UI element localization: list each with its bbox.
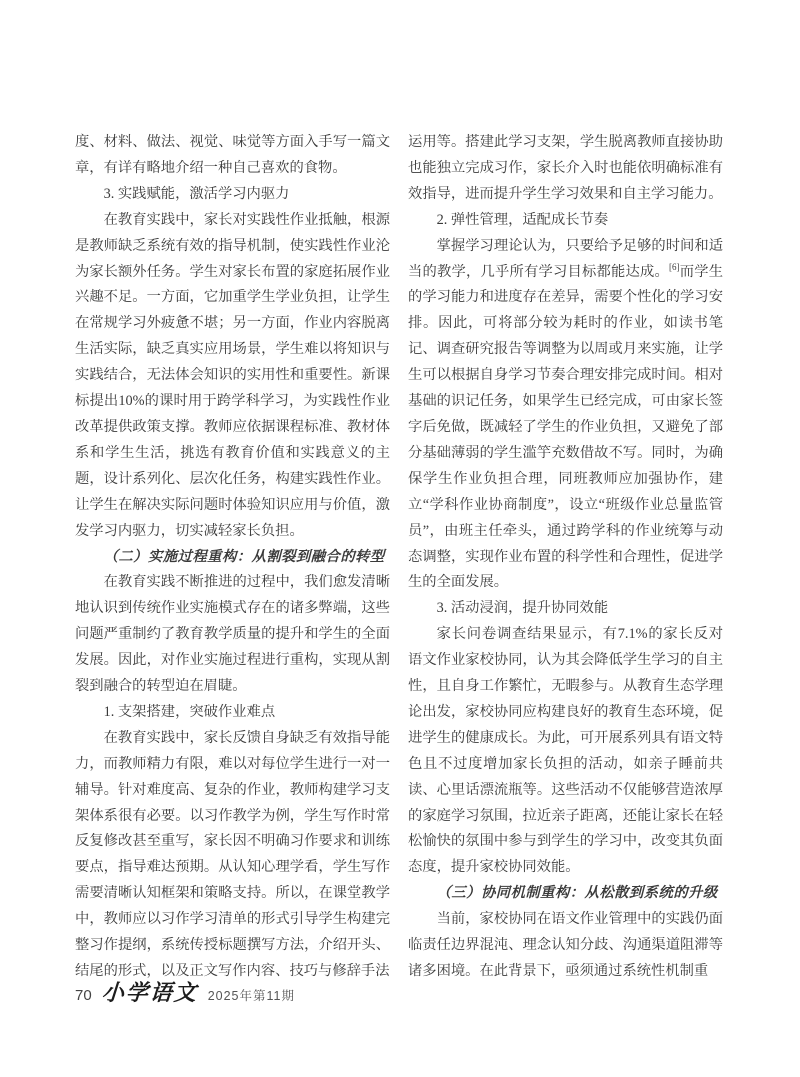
paragraph-text: 而学生的学习能力和进度存在差异，需要个性化的学习安排。因此，可将部分较为耗时的作… (408, 264, 723, 591)
citation-ref: [6] (669, 262, 680, 272)
left-column: 度、材料、做法、视觉、味觉等方面入手写一篇文章，有详有略地介绍一种自己喜欢的食物… (75, 130, 390, 985)
paragraph: 在教育实践中，家长反馈自身缺乏有效指导能力，而教师精力有限，难以对每位学生进行一… (75, 726, 390, 985)
sub-heading: 2. 弹性管理，适配成长节奏 (408, 208, 723, 234)
issue-label: 2025年第11期 (208, 986, 295, 1004)
paragraph: 在教育实践不断推进的过程中，我们愈发清晰地认识到传统作业实施模式存在的诸多弊端，… (75, 570, 390, 700)
paragraph: 当前，家校协同在语文作业管理中的实践仍面临责任边界混沌、理念认知分歧、沟通渠道阻… (408, 907, 723, 985)
sub-heading: 1. 支架搭建，突破作业难点 (75, 700, 390, 726)
section-heading: （二）实施过程重构：从割裂到融合的转型 (75, 545, 390, 571)
paragraph: 掌握学习理论认为，只要给予足够的时间和适当的教学，几乎所有学习目标都能达成。[6… (408, 234, 723, 597)
journal-page: 度、材料、做法、视觉、味觉等方面入手写一篇文章，有详有略地介绍一种自己喜欢的食物… (0, 0, 800, 1077)
paragraph: 在教育实践中，家长对实践性作业抵触，根源是教师缺乏系统有效的指导机制，使实践性作… (75, 208, 390, 545)
page-number: 70 (75, 987, 92, 1004)
paragraph: 家长问卷调查结果显示，有7.1%的家长反对语文作业家校协同，认为其会降低学生学习… (408, 622, 723, 881)
journal-logo: 小学语文 (101, 976, 199, 1007)
paragraph-continuation: 度、材料、做法、视觉、味觉等方面入手写一篇文章，有详有略地介绍一种自己喜欢的食物… (75, 130, 390, 182)
paragraph-text: 掌握学习理论认为，只要给予足够的时间和适当的教学，几乎所有学习目标都能达成。 (408, 238, 723, 280)
sub-heading: 3. 活动浸润，提升协同效能 (408, 596, 723, 622)
page-footer: 70 小学语文 2025年第11期 (75, 976, 295, 1007)
sub-heading: 3. 实践赋能，激活学习内驱力 (75, 182, 390, 208)
paragraph-continuation: 运用等。搭建此学习支架，学生脱离教师直接协助也能独立完成习作，家长介入时也能依明… (408, 130, 723, 208)
section-heading: （三）协同机制重构：从松散到系统的升级 (408, 881, 723, 907)
article-body: 度、材料、做法、视觉、味觉等方面入手写一篇文章，有详有略地介绍一种自己喜欢的食物… (75, 130, 723, 985)
right-column: 运用等。搭建此学习支架，学生脱离教师直接协助也能独立完成习作，家长介入时也能依明… (408, 130, 723, 985)
